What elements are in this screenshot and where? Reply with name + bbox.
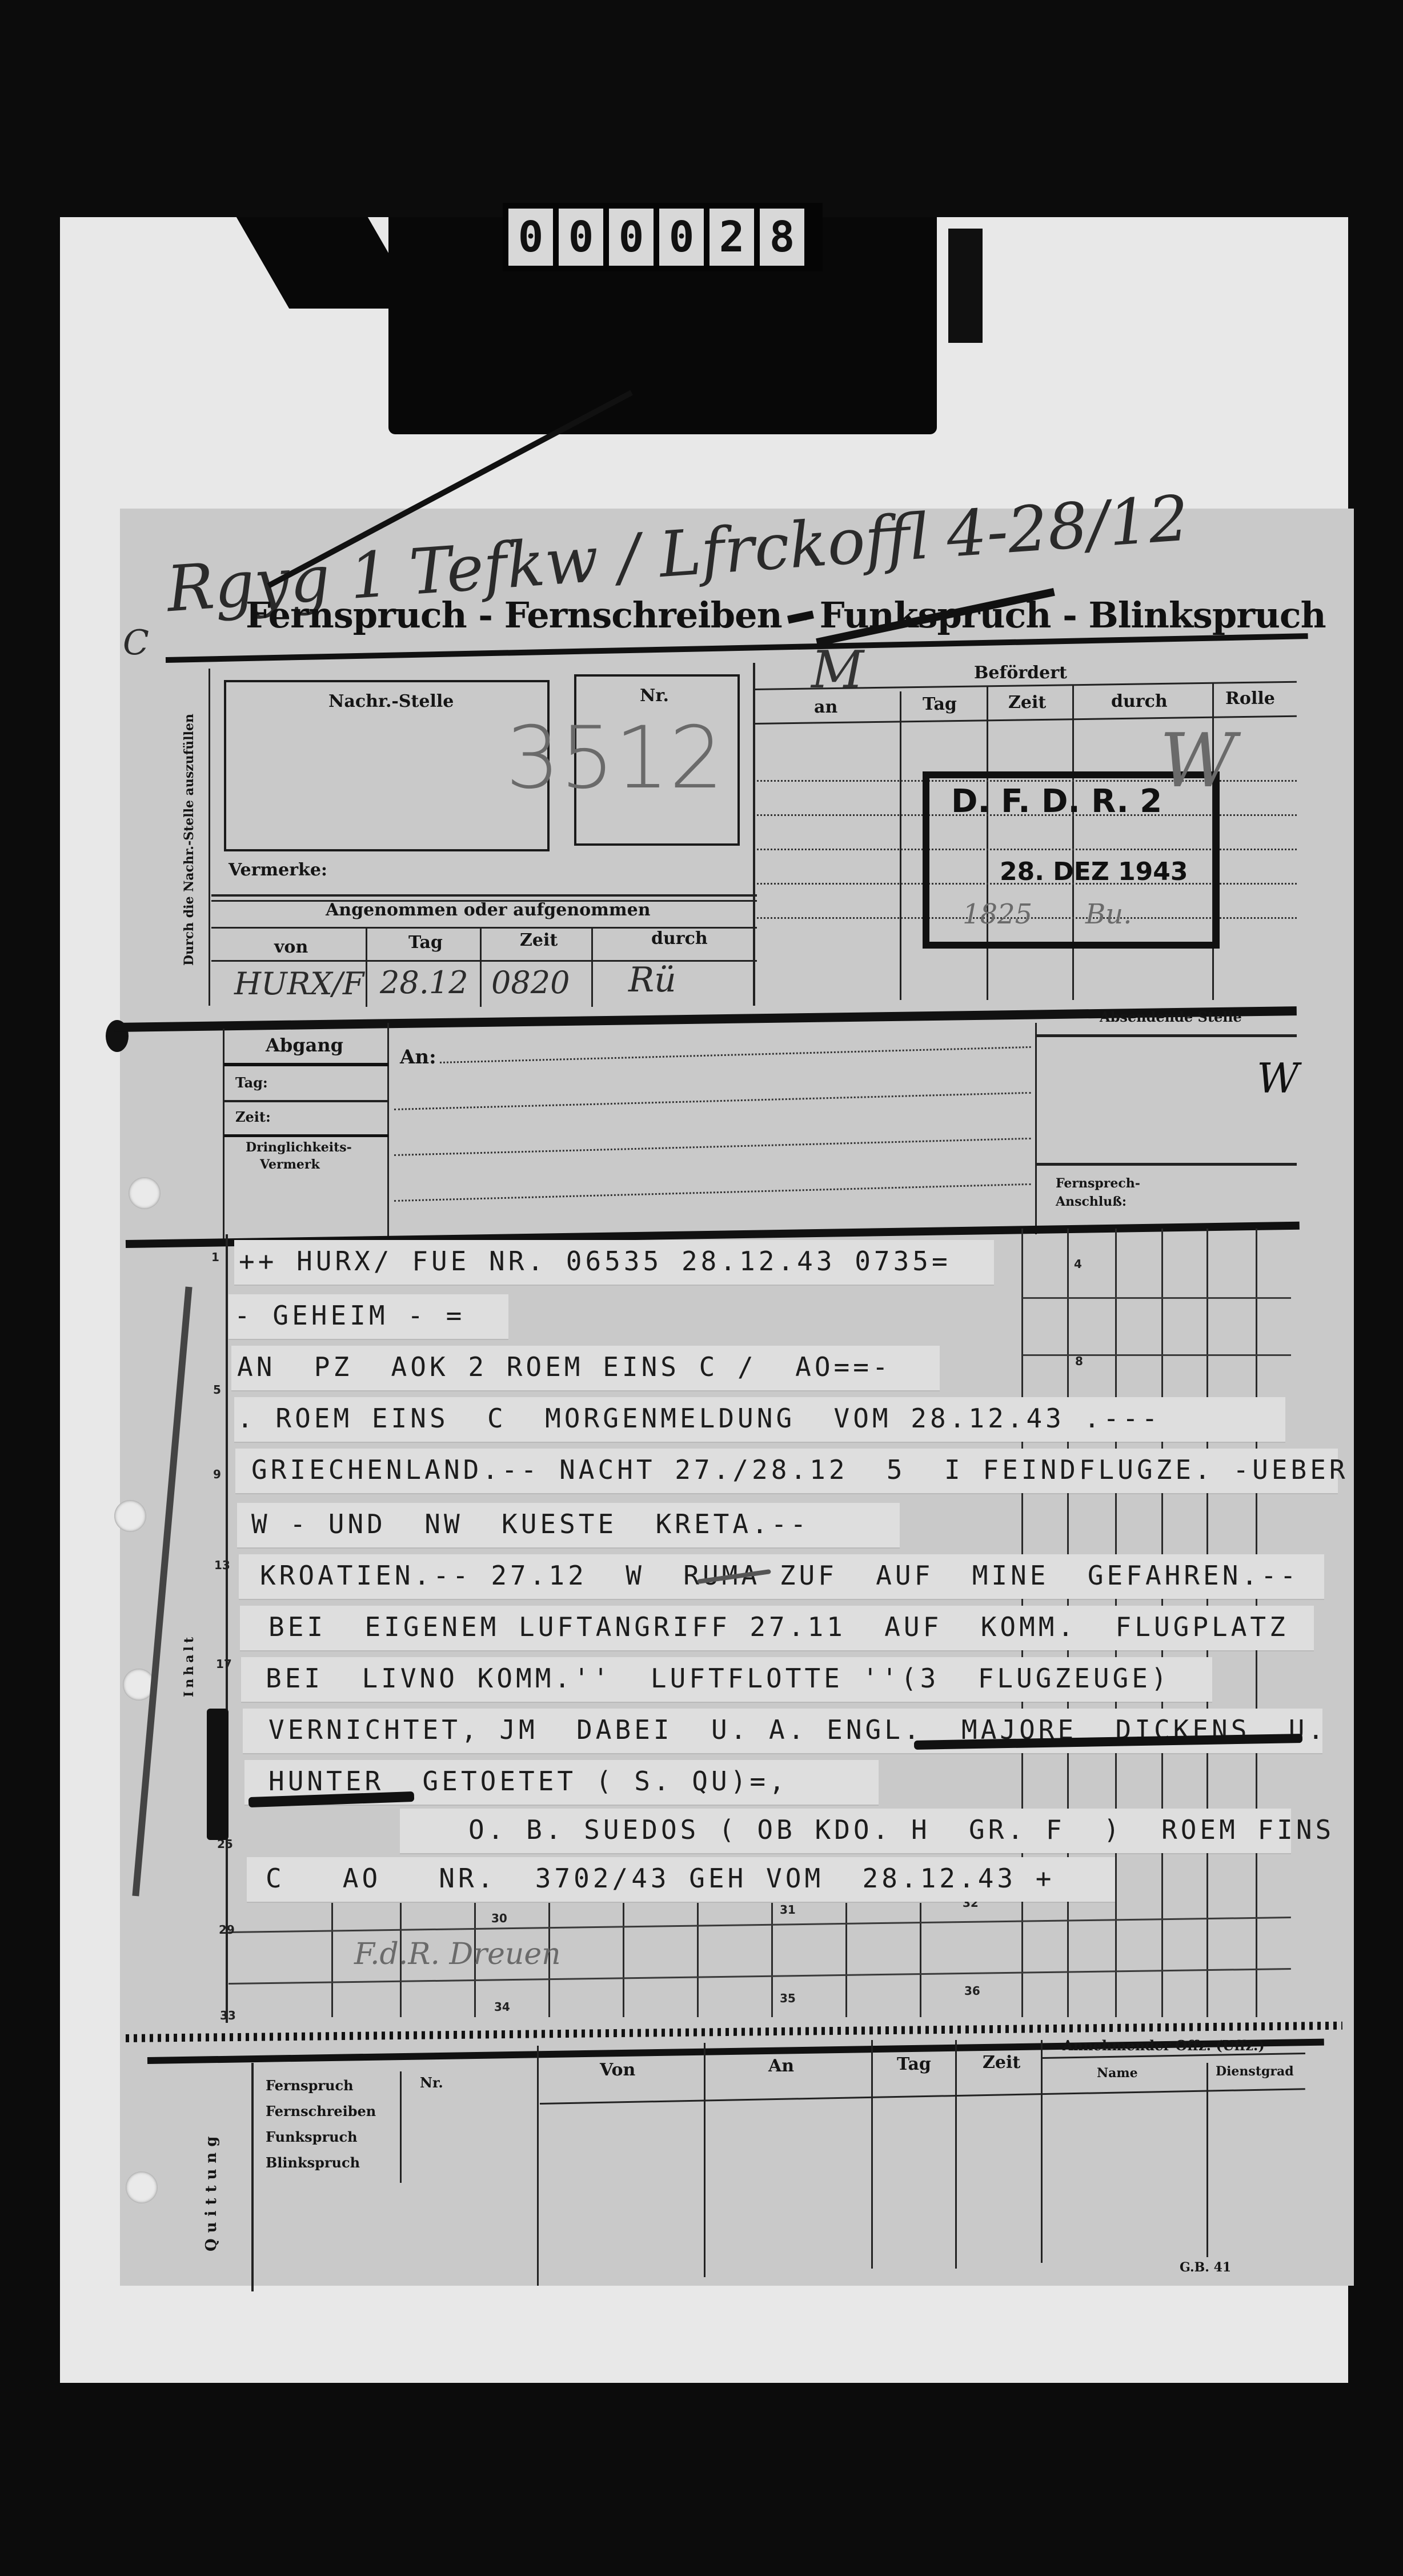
angenommen-durch: Rü [628,960,676,1000]
punch-hole [129,1177,161,1209]
nachr-stelle-label: Nachr.-Stelle [328,691,454,711]
grid-left-border [226,1234,228,2023]
col-divider [480,927,482,1007]
section-border [251,2063,254,2291]
absendende-label: Absendende Stelle [1100,1009,1242,1025]
quittung-col-dienstgrad: Dienstgrad [1216,2064,1294,2079]
col-tag: Tag [923,694,957,714]
ink-bar-mark [207,1709,229,1840]
message-line-2: - GEHEIM - = [234,1300,465,1331]
quittung-type: Fernschreiben [266,2103,376,2119]
stamp-unit: D. F. D. R. 2 [951,783,1162,820]
col-divider [366,927,367,1007]
quittung-label: Quittung [203,2103,220,2251]
angenommen-tag: 28.12 [380,965,468,1001]
col-durch: durch [1111,691,1168,711]
counter-digit: 0 [508,209,553,266]
col-divider [1041,2040,1043,2263]
rule [224,1134,388,1137]
section-border [223,1029,225,1246]
message-line-4: . ROEM EINS C MORGENMELDUNG VOM 28.12.43… [237,1403,1161,1434]
title-blinkspruch: Blinkspruch [1088,594,1325,636]
col-rolle: Rolle [1225,689,1275,709]
angenommen-label: Angenommen oder aufgenommen [326,900,651,920]
col-zeit: Zeit [520,930,558,950]
title-separator: - [478,594,492,636]
bracket [400,2071,402,2183]
angenommen-zeit: 0820 [491,965,570,1001]
annehmender-label: Annehmender Offz. (Uffz.) [1063,2037,1265,2054]
message-line-8: BEI EIGENEM LUFTANGRIFF 27.11 AUF KOMM. … [268,1611,1289,1642]
quittung-type: Blinkspruch [266,2154,360,2171]
grid-line [1023,1354,1291,1356]
quittung-type: Funkspruch [266,2129,358,2145]
line-number: 13 [214,1558,230,1572]
message-line-7: KROATIEN.-- 27.12 W RUMA ZUF AUF MINE GE… [260,1560,1300,1591]
anschluss-label: Anschluß: [1056,1194,1127,1209]
grid-line [845,1903,847,2017]
stamp-initials: Bu. [1085,898,1132,930]
grid-line [623,1903,624,2017]
grid-line [1023,1297,1291,1299]
signature-fdr: F.d.R. Dreuen [354,1937,561,1971]
counter-digit: 2 [709,209,754,266]
counter-digit: 0 [559,209,603,266]
message-line-13: C AO NR. 3702/43 GEH VOM 28.12.43 + [266,1863,1055,1894]
befoerdert-label: Befördert [974,663,1067,683]
rule [1037,1163,1297,1166]
fernsprech-label: Fernsprech- [1056,1176,1140,1191]
rule [224,1063,388,1066]
quittung-col-zeit: Zeit [983,2053,1020,2073]
col-von: von [274,937,308,957]
col-divider [537,2046,539,2286]
grid-number: 34 [494,2000,510,2014]
nachr-side-label: Durch die Nachr.-Stelle auszufüllen [182,680,197,966]
abgang-tag-label: Tag: [235,1074,268,1091]
stamp-mark-w: W [1160,717,1236,804]
line-number: 5 [213,1383,221,1397]
quittung-nr-label: Nr. [420,2074,443,2091]
abgang-label: Abgang [266,1034,343,1056]
line-number: 33 [220,2009,236,2022]
col-divider [704,2043,705,2277]
title-funkspruch-struck: Funkspruch [820,594,1051,636]
dringlichkeit-label-2: Vermerk [260,1157,320,1172]
rule [211,894,757,897]
grid-number: 36 [964,1984,980,1998]
grid-number: 30 [491,1911,507,1925]
grid-line [920,1903,921,2017]
abgang-zeit-label: Zeit: [235,1109,271,1125]
line-number: 1 [211,1250,219,1264]
punch-hole [126,2171,158,2203]
absendende-value: W [1257,1054,1299,1102]
col-divider [871,2040,873,2269]
grid-number: 4 [1074,1257,1082,1271]
message-line-3: AN PZ AOK 2 ROEM EINS C / AO==- [237,1351,892,1382]
dringlichkeit-label: Dringlichkeits- [246,1140,352,1155]
line-number: 9 [213,1467,221,1481]
angenommen-von: HURX/F [234,966,364,1002]
counter-lever [948,229,983,343]
message-line-6: W - UND NW KUESTE KRETA.-- [251,1509,809,1539]
counter-digit: 0 [609,209,654,266]
title-fernschreiben: Fernschreiben [504,594,782,636]
inhalt-label: Inhalt [182,1606,197,1697]
quittung-col-von: Von [600,2060,635,2080]
message-line-1: ++ HURX/ FUE NR. 06535 28.12.43 0735= [239,1246,951,1277]
section-divider [753,663,755,1006]
rule [1037,1034,1297,1037]
section-border [209,669,210,1006]
stamp-date: 28. DEZ 1943 [1000,857,1188,886]
grid-line [771,1903,773,2017]
grid-number: 8 [1075,1354,1083,1368]
col-divider [955,2040,957,2269]
grid-line [697,1903,699,2017]
form-code: G.B. 41 [1180,2260,1231,2275]
margin-mark: C [123,623,149,663]
col-zeit: Zeit [1008,693,1046,713]
title-fernspruch: Fernspruch [246,594,467,636]
counter-digit: 0 [659,209,704,266]
message-line-12: O. B. SUEDOS ( OB KDO. H GR. F ) ROEM FI… [468,1814,1334,1845]
an-label: An: [400,1046,436,1069]
grid-line [331,1903,333,2017]
quittung-col-tag: Tag [897,2054,931,2074]
punch-hole [114,1500,146,1532]
col-divider [900,691,901,1000]
col-divider [1206,2063,1208,2257]
title-separator: - [1063,594,1077,636]
counter-digit: 8 [760,209,804,266]
col-durch: durch [651,929,708,949]
line-number: 17 [216,1657,232,1671]
quittung-type: Fernspruch [266,2077,354,2094]
col-divider [591,927,593,1007]
grid-number: 31 [780,1903,796,1917]
nr-label: Nr. [640,686,669,706]
quittung-col-name: Name [1097,2066,1138,2081]
vermerke-label: Vermerke: [229,860,327,880]
stamp-time: 1825 [963,898,1032,930]
line-number: 29 [219,1923,235,1937]
message-line-9: BEI LIVNO KOMM.'' LUFTFLOTTE ''(3 FLUGZE… [266,1663,1170,1694]
rule [224,1100,388,1102]
message-line-5: GRIECHENLAND.-- NACHT 27./28.12 5 I FEIN… [251,1454,1349,1485]
form-title: Fernspruch - Fernschreiben - Funkspruch … [246,594,1326,636]
frame-counter: 0 0 0 0 2 8 [503,203,823,271]
col-tag: Tag [408,933,443,953]
grid-number: 35 [780,1991,796,2005]
nr-value: 3512 [506,709,724,808]
title-separator-struck: - [793,594,808,636]
col-an: an [814,697,837,717]
message-line-11: HUNTER GETOETET ( S. QU)=, [268,1766,788,1797]
befoerdert-initials: M [811,640,864,700]
col-divider [1035,1023,1037,1234]
quittung-col-an: An [768,2056,794,2076]
